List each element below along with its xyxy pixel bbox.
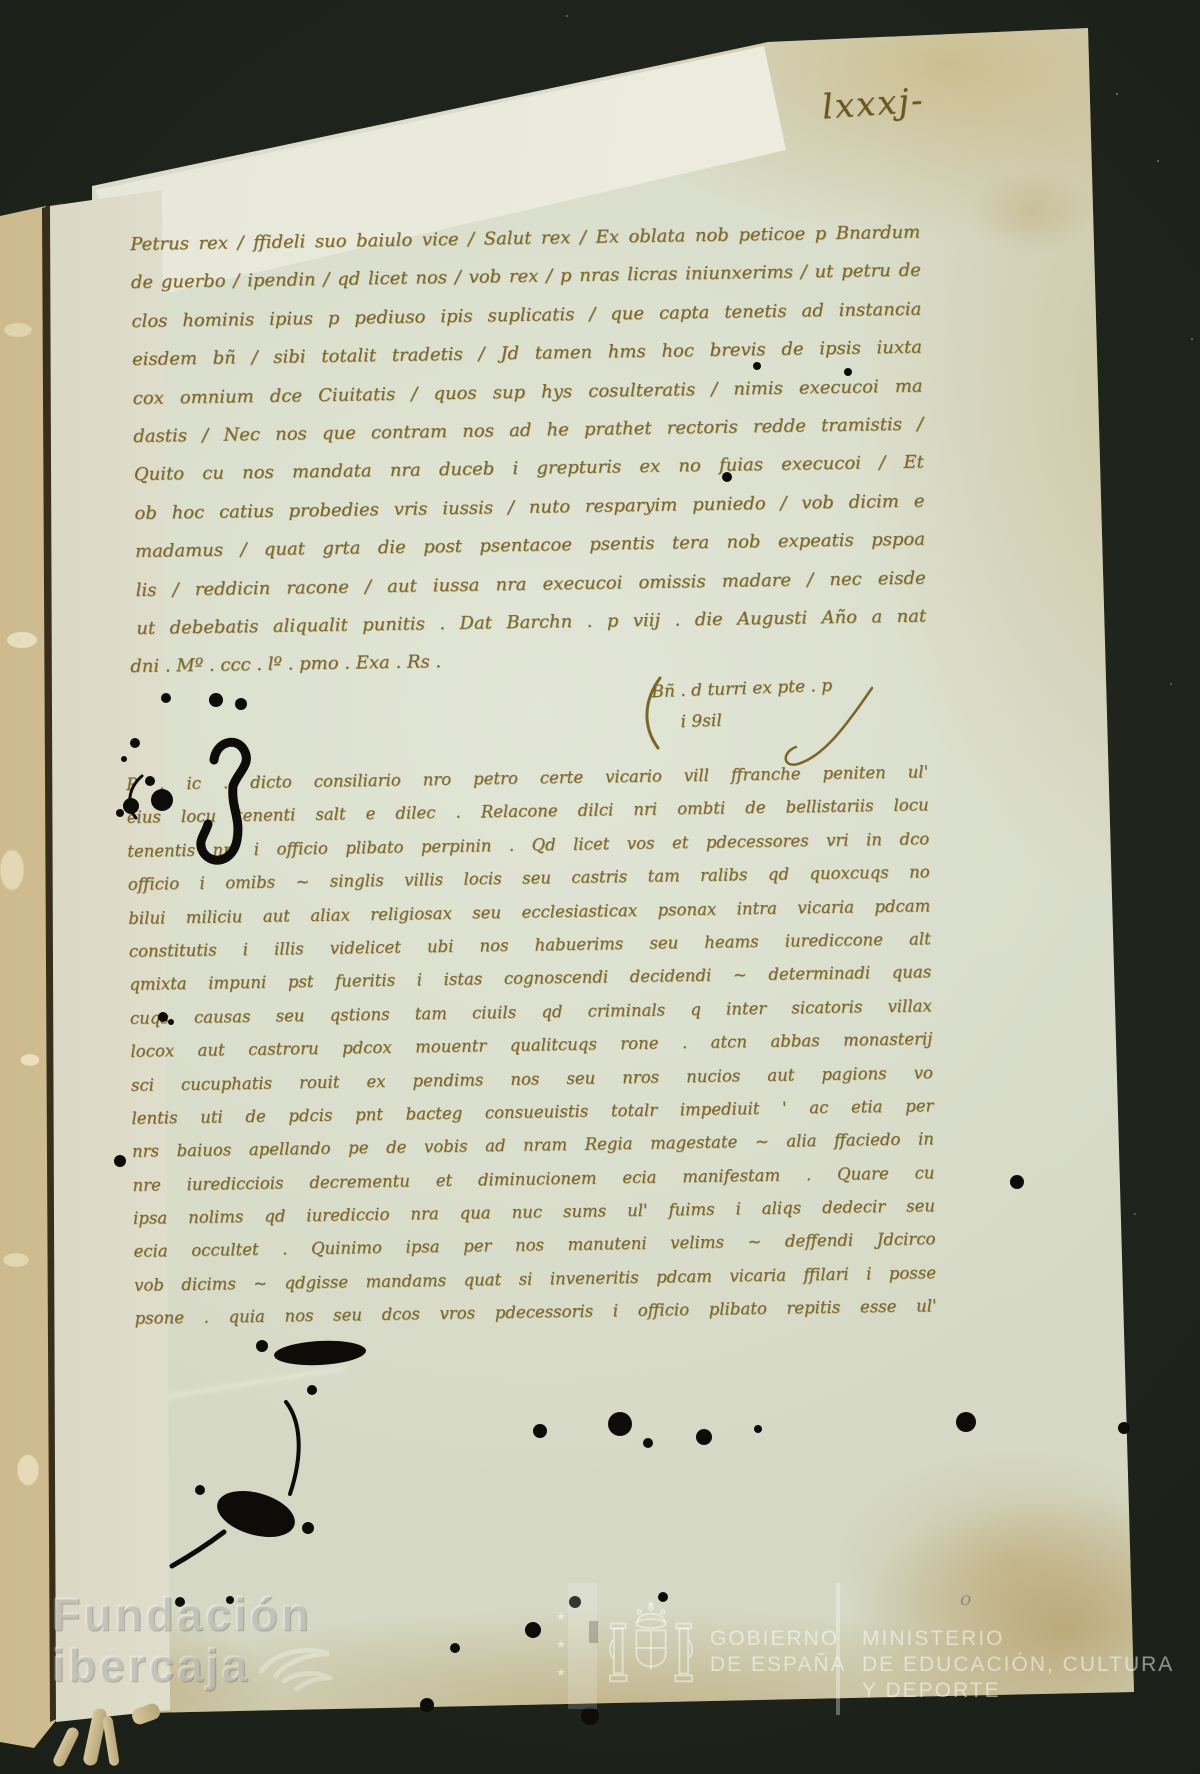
chancery-signature: Bñ . d turri ex pte . pi 9sil: [651, 671, 834, 739]
star-icon: ★: [556, 1666, 566, 1679]
margin-mark: o: [960, 1588, 971, 1610]
ministerio-watermark-line1: MINISTERIO: [862, 1626, 1005, 1652]
gobierno-watermark-line2: DE ESPAÑA: [710, 1652, 847, 1678]
ministerio-watermark-line3: Y DEPORTE: [862, 1678, 1001, 1704]
signature-line: Bñ . d turri ex pte . p: [651, 671, 833, 708]
binding-thread: [102, 1716, 120, 1767]
ibercaja-watermark-line1: Fundación: [52, 1590, 332, 1639]
gobierno-watermark-line1: GOBIERNO: [710, 1626, 839, 1652]
paragraph-1: Petrus rex / ffideli suo baiulo vice / S…: [130, 214, 927, 649]
watermark-divider: [836, 1583, 840, 1715]
ibercaja-watermark-line2: ibercaja: [52, 1641, 250, 1690]
ministerio-watermark-line2: DE EDUCACIÓN, CULTURA: [862, 1652, 1174, 1678]
ibercaja-watermark: Fundación ibercaja: [52, 1590, 332, 1691]
flag-bar-icon: [568, 1583, 597, 1709]
spain-coat-of-arms-icon: [607, 1598, 695, 1698]
archival-photo: lxxxj- o Petrus rex / ffideli suo baiulo…: [0, 0, 1200, 1774]
star-icon: ★: [556, 1610, 566, 1623]
signature-line: i 9sil: [680, 702, 834, 738]
star-icon: ★: [556, 1638, 566, 1651]
binding-thread: [51, 1725, 80, 1768]
paragraph-2: P . ic . dicto consiliario nro petro cer…: [126, 755, 937, 1335]
folio-number: lxxxj-: [821, 80, 926, 127]
ibercaja-logo-icon: [258, 1639, 332, 1691]
